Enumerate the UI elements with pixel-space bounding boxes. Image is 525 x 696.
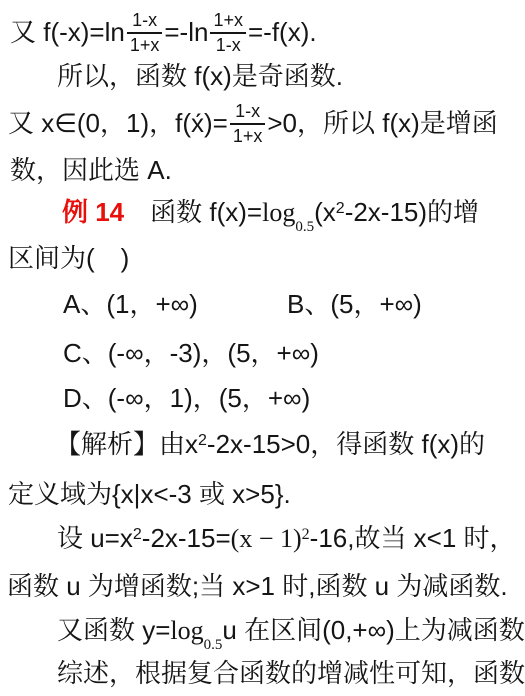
fraction-denominator: 1-x [210, 34, 246, 56]
fraction: 1+x1-x [210, 10, 246, 55]
exponent: 2 [133, 526, 142, 543]
analysis-monotonicity-u: 函数 u 为增函数;当 x>1 时,函数 u 为减函数. [7, 572, 508, 602]
equation-text: >0，所以 f(x)是增函 [267, 109, 497, 139]
equation-increasing-proof: 又 x∈(0，1)，f(x́)=1-x1+x>0，所以 f(x)是增函 [8, 97, 498, 151]
fraction-numerator: 1-x [127, 10, 163, 34]
exponent: 2 [302, 526, 310, 543]
option-d: D、(-∞，1)，(5，+∞) [63, 384, 310, 414]
equation-text: =-ln [164, 18, 208, 48]
conclusion-odd-function: 所以，函数 f(x)是奇函数. [57, 62, 343, 92]
equation-text: =-f(x). [248, 18, 317, 48]
fraction-numerator: 1-x [230, 101, 266, 125]
problem-text-continued: 区间为( ) [8, 244, 129, 274]
option-a: A、(1，+∞) [63, 290, 287, 320]
conclusion-choose-a: 数，因此选 A. [10, 156, 172, 186]
example-label: 例 14 [62, 197, 124, 227]
fraction-denominator: 1+x [127, 34, 163, 56]
options-row-ab: A、(1，+∞)B、(5，+∞) [63, 290, 422, 320]
log-symbol: log [170, 616, 203, 645]
problem-text: -2x-15)的增 [345, 197, 479, 227]
analysis-text: -2x-15>0，得函数 f(x)的 [207, 429, 485, 459]
analysis-line-1: 【解析】由x2-2x-15>0，得函数 f(x)的 [55, 430, 485, 460]
analysis-domain: 定义域为{x|x<-3 或 x>5}. [8, 480, 291, 510]
analysis-text: u 在区间(0,+∞)上为减函数. [222, 615, 525, 645]
analysis-summary: 综述，根据复合函数的增减性可知，函数 [57, 659, 525, 689]
math-expression: (x − 1) [231, 524, 302, 553]
fraction: 1-x1+x [230, 101, 266, 146]
analysis-text: 设 u=x [57, 523, 133, 553]
example-14-problem: 例 14 函数 f(x)=log0.5(x2-2x-15)的增 [62, 198, 479, 228]
analysis-text: 【解析】由x [55, 429, 198, 459]
analysis-text: 又函数 y= [57, 615, 170, 645]
analysis-text: -16,故当 x<1 时， [310, 523, 516, 553]
equation-text: 又 f(-x)=ln [10, 18, 125, 48]
log-symbol: log [262, 198, 295, 227]
analysis-text: -2x-15= [142, 523, 231, 553]
equation-odd-function-proof: 又 f(-x)=ln1-x1+x=-ln1+x1-x=-f(x). [10, 6, 317, 60]
fraction-numerator: 1+x [210, 10, 246, 34]
exponent: 2 [336, 200, 345, 217]
log-base: 0.5 [295, 219, 314, 235]
log-base: 0.5 [204, 637, 223, 653]
math-document-page: 又 f(-x)=ln1-x1+x=-ln1+x1-x=-f(x). 所以，函数 … [0, 0, 525, 696]
option-b: B、(5，+∞) [287, 289, 422, 319]
problem-text: 函数 f(x)= [150, 197, 262, 227]
fraction-denominator: 1+x [230, 125, 266, 147]
problem-text: (x [314, 197, 336, 227]
equation-text: 又 x∈(0，1)，f(x́)= [8, 109, 228, 139]
option-c: C、(-∞，-3)，(5，+∞) [63, 339, 319, 369]
analysis-substitution: 设 u=x2-2x-15=(x − 1)2-16,故当 x<1 时， [57, 524, 516, 554]
analysis-outer-function: 又函数 y=log0.5u 在区间(0,+∞)上为减函数. [57, 616, 525, 646]
fraction: 1-x1+x [127, 10, 163, 55]
exponent: 2 [198, 432, 207, 449]
